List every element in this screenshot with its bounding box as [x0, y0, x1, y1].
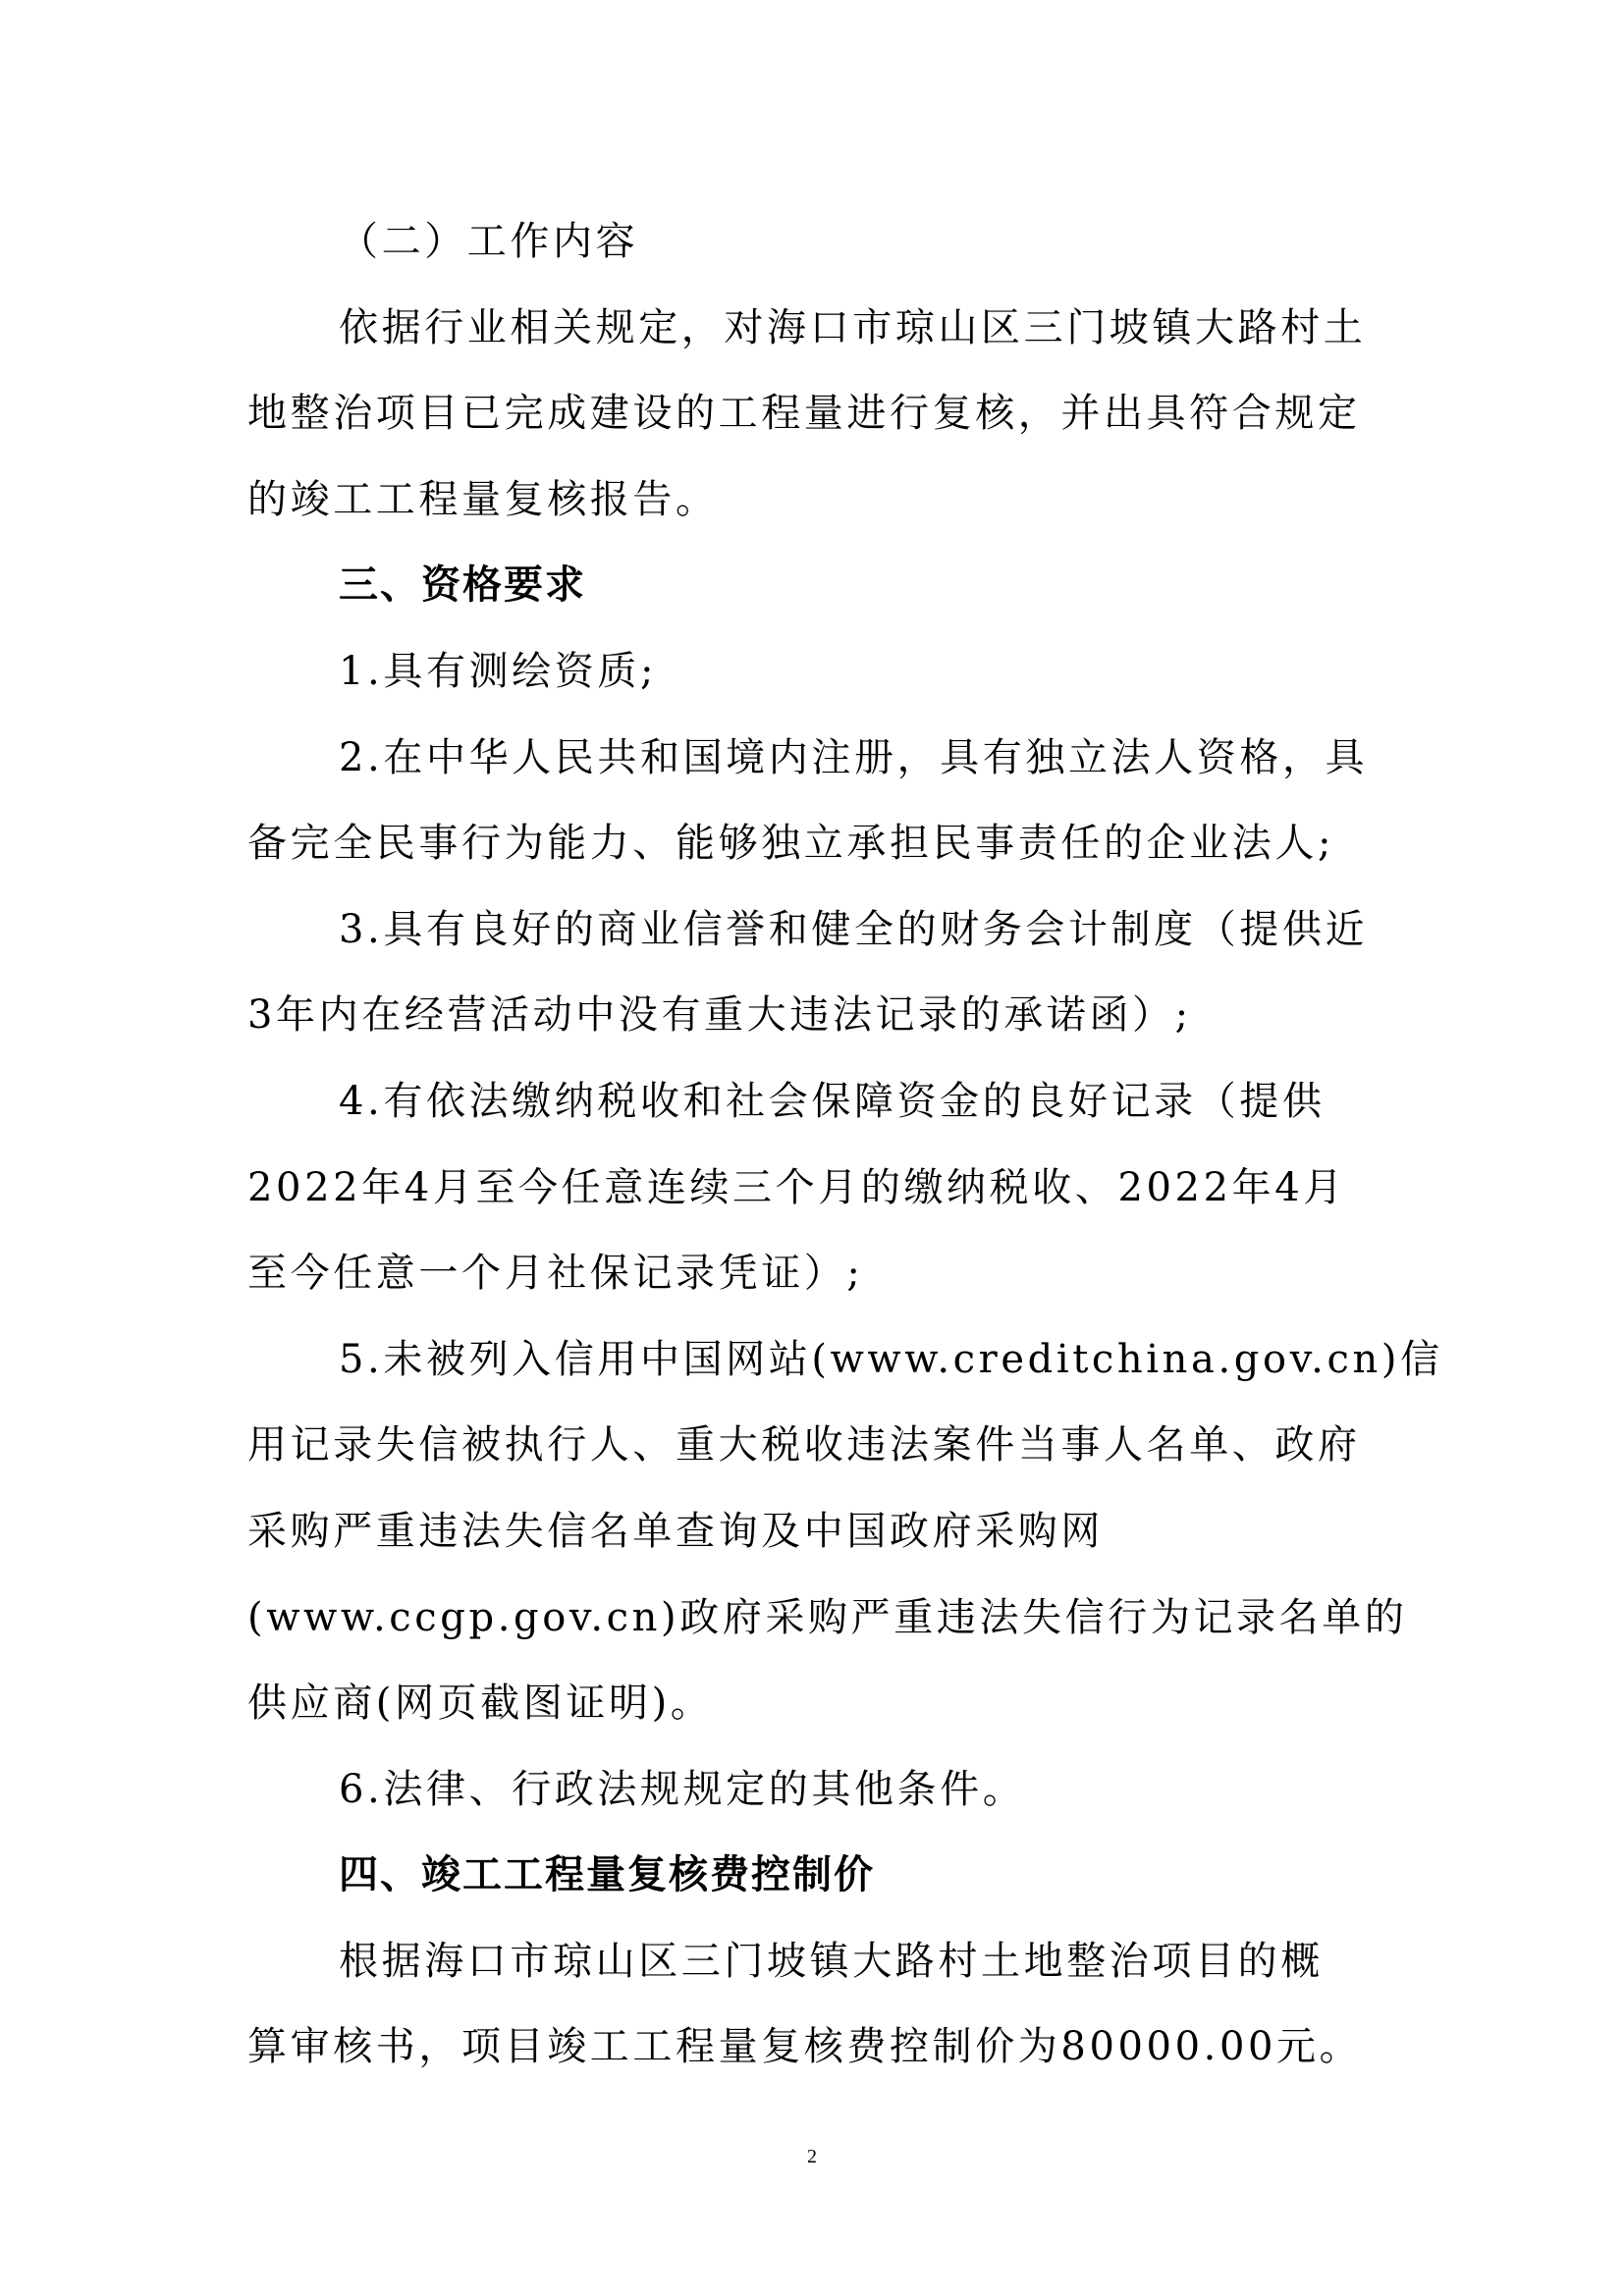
requirement-item-4: 4.有依法缴纳税收和社会保障资金的良好记录（提供	[247, 1074, 1386, 1160]
requirement-item-1: 1.具有测绘资质;	[247, 644, 1386, 730]
paragraph-line: 3年内在经营活动中没有重大违法记录的承诺函）;	[247, 988, 1386, 1074]
paragraph-line: 至今任意一个月社保记录凭证）;	[247, 1246, 1386, 1332]
paragraph-line: 2022年4月至今任意连续三个月的缴纳税收、2022年4月	[247, 1160, 1386, 1247]
section-heading-qualifications: 三、资格要求	[247, 558, 1386, 644]
paragraph-line: 依据行业相关规定，对海口市琼山区三门坡镇大路村土	[247, 300, 1386, 387]
requirement-item-2: 2.在中华人民共和国境内注册，具有独立法人资格，具	[247, 730, 1386, 817]
document-body: （二）工作内容 依据行业相关规定，对海口市琼山区三门坡镇大路村土 地整治项目已完…	[247, 214, 1386, 2106]
paragraph-line: 根据海口市琼山区三门坡镇大路村土地整治项目的概	[247, 1934, 1386, 2020]
subheading-work-content: （二）工作内容	[247, 214, 1386, 300]
paragraph-line: 的竣工工程量复核报告。	[247, 472, 1386, 559]
requirement-item-3: 3.具有良好的商业信誉和健全的财务会计制度（提供近	[247, 902, 1386, 988]
page-number: 2	[0, 2146, 1624, 2168]
requirement-item-5: 5.未被列入信用中国网站(www.creditchina.gov.cn)信	[247, 1332, 1386, 1418]
paragraph-line: 用记录失信被执行人、重大税收违法案件当事人名单、政府	[247, 1417, 1386, 1504]
paragraph-line: 备完全民事行为能力、能够独立承担民事责任的企业法人;	[247, 816, 1386, 902]
paragraph-line: (www.ccgp.gov.cn)政府采购严重违法失信行为记录名单的	[247, 1590, 1386, 1677]
paragraph-line: 算审核书，项目竣工工程量复核费控制价为80000.00元。	[247, 2019, 1386, 2106]
requirement-item-6: 6.法律、行政法规规定的其他条件。	[247, 1762, 1386, 1848]
section-heading-control-price: 四、竣工工程量复核费控制价	[247, 1847, 1386, 1934]
paragraph-line: 采购严重违法失信名单查询及中国政府采购网	[247, 1504, 1386, 1590]
paragraph-line: 地整治项目已完成建设的工程量进行复核，并出具符合规定	[247, 386, 1386, 472]
paragraph-line: 供应商(网页截图证明)。	[247, 1676, 1386, 1762]
